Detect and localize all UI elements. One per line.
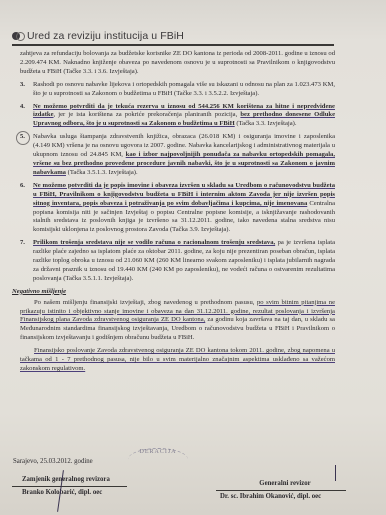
header-title: Ured za reviziju institucija u FBiH: [27, 30, 184, 42]
item-text: (Tačka 3.5.1.3. Izvještaja).: [66, 169, 138, 176]
signature-line: [216, 490, 346, 491]
finding-item-6: 6. Ne možemo potvrditi da je popis imovi…: [20, 182, 335, 235]
item-number-circled: 5.: [20, 133, 33, 178]
document-body: zahtjeva za refundaciju bolovanja za bud…: [20, 50, 335, 378]
finding-item-5: 5. Nabavka usluga štampanja zdravstvenih…: [20, 133, 335, 178]
underlined-text: Finansijsko poslovanje Zavoda zdravstven…: [20, 347, 335, 372]
signature-line: [12, 486, 127, 487]
signature-stroke: [335, 465, 336, 481]
finding-item-4: 4. Ne možemo potvrditi da je tekuća reze…: [20, 103, 335, 130]
item-number: 3.: [20, 81, 33, 99]
item-number: 7.: [20, 239, 33, 284]
signatory-name: Branko Kolobarić, dipl. oec: [22, 489, 122, 496]
item-text: Rashodi po osnovu nabavke lijekova i ort…: [33, 81, 335, 99]
signing-date: Sarajevo, 25.03.2012. godine: [13, 458, 93, 465]
document-header: Ured za reviziju institucija u FBiH: [12, 28, 334, 46]
signature-block-deputy: Zamjenik generalnog revizora Branko Kolo…: [22, 476, 122, 496]
signature-block-general: Generalni revizor Dr. sc. Ibrahim Okanov…: [220, 480, 340, 500]
signatory-role: Generalni revizor: [230, 480, 340, 487]
item-text: (Tačka 3.3. Izvještaja).: [235, 120, 297, 127]
intro-paragraph: zahtjeva za refundaciju bolovanja za bud…: [20, 50, 335, 77]
official-stamp: DERACIJA: [128, 448, 188, 471]
item-number: 4.: [20, 103, 33, 130]
item-text: , jer je ista korištena za pokriće preko…: [54, 111, 241, 118]
finding-item-7: 7. Prilikom trošenja sredstava nije se v…: [20, 239, 335, 284]
office-logo-icon: [12, 32, 24, 41]
opinion-paragraph-1: Po našem mišljenju finansijski izvještaj…: [20, 299, 335, 344]
section-title: Negativno mišljenje: [12, 288, 335, 297]
item-number: 6.: [20, 182, 33, 235]
opinion-paragraph-2: Finansijsko poslovanje Zavoda zdravstven…: [20, 347, 335, 374]
underlined-text: Ne možemo potvrditi da je popis imovine …: [33, 182, 335, 207]
underlined-text: Prilikom trošenja sredstava nije se vodi…: [33, 239, 275, 246]
signatory-role: Zamjenik generalnog revizora: [22, 476, 122, 483]
finding-item-3: 3. Rashodi po osnovu nabavke lijekova i …: [20, 81, 335, 99]
document-page: Ured za reviziju institucija u FBiH zaht…: [0, 0, 386, 515]
signatory-name: Dr. sc. Ibrahim Okanović, dipl. oec: [220, 493, 340, 500]
